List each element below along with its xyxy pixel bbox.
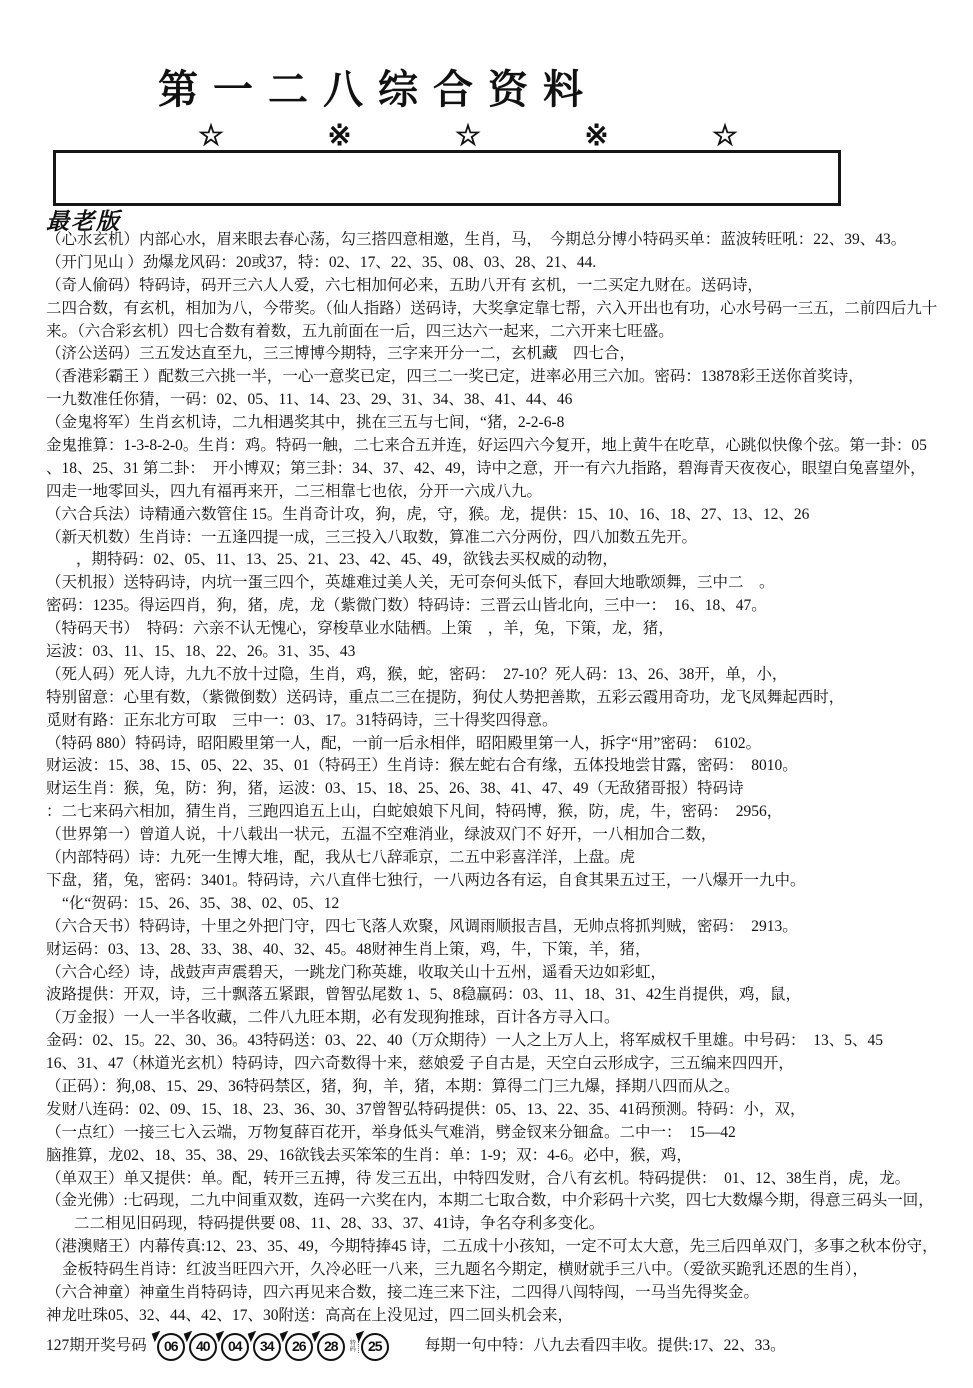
- text-line: 16、31、47（林道光玄机）特码诗，四六奇数得十来，慈娘爱 子自古是，天空白云…: [46, 1053, 969, 1076]
- text-line: 密码：1235。得运四肖，狗，猪，虎，龙（紫微门数）特码诗：三晋云山皆北向，三中…: [46, 595, 969, 618]
- special-ball: 25: [361, 1333, 389, 1361]
- page-title: 第一二八综合资料: [158, 58, 598, 115]
- text-line: “化“贺码：15、26、35、38、02、05、12: [46, 893, 969, 916]
- text-line: （内部特码）诗：九死一生博大堆，配，我从七八辞乖京，二五中彩喜洋洋，上盘。虎: [46, 847, 969, 870]
- text-line: （单双王）单又提供：单。配，转开三五搏，待 发三五出，中特四发财，合八有玄机。特…: [46, 1168, 969, 1191]
- result-balls: 064004342628特码25: [157, 1333, 393, 1361]
- reference-mark-icon: ※: [327, 118, 351, 153]
- text-line: （特码 880）特码诗，昭阳殿里第一人，配，一前一后永相伴，昭阳殿里第一人，拆字…: [46, 733, 969, 756]
- text-line: （天机报）送特码诗，内坑一蛋三四个，英雄难过美人关，无可奈何头低下，春回大地歌颂…: [46, 572, 969, 595]
- notice-box: [53, 150, 841, 206]
- text-line: （开门见山 ）劲爆龙风码：20或37，特：02、17、22、35、08、03、2…: [46, 252, 969, 275]
- text-line: （心水玄机）内部心水，眉来眼去春心荡，勾三搭四意相邀，生肖，马， 今期总分博小特…: [46, 229, 969, 252]
- text-line: （港澳赌王）内幕传真:12、23、35、49，今期特捧45 诗，二五成十小孩知，…: [46, 1236, 969, 1259]
- text-line: （六合心经）诗，战鼓声声震碧天，一跳龙门称英雄，收取关山十五州，遥看天边如彩虹，: [46, 962, 969, 985]
- text-line: 财运码：03、13、28、33、38、40、32、45。48财神生肖上策，鸡，牛…: [46, 939, 969, 962]
- result-ball: 06: [157, 1333, 185, 1361]
- text-line: 一九数准任你猜，一码：02、05、11、14、23、29、31、34、38、41…: [46, 389, 969, 412]
- result-ball: 04: [221, 1333, 249, 1361]
- result-ball: 28: [317, 1333, 345, 1361]
- text-line: 脑推算，龙02、18、35、38、29、16欲钱去买笨笨的生肖：单：1-9；双：…: [46, 1145, 969, 1168]
- text-line: （六合兵法）诗精通六数管住 15。生肖奇计攻，狗，虎，守，猴。龙，提供：15、1…: [46, 504, 969, 527]
- star-icon: ☆: [198, 118, 224, 153]
- text-line: （济公送码）三五发达直至九，三三博博今期特，三字来开分一二，玄机藏 四七合，: [46, 343, 969, 366]
- text-line: 下盘，猪，兔，密码：3401。特码诗，六八直伴七独行，一八两边各有运，自食其果五…: [46, 870, 969, 893]
- results-note: 每期一句中特：八九去看四丰收。提供:17、22、33。: [425, 1335, 786, 1358]
- text-line: 发财八连码：02、09、15、18、23、36、30、37曾智弘特码提供：05、…: [46, 1099, 969, 1122]
- star-icon: ☆: [712, 118, 738, 153]
- text-line: （六合天书）特码诗，十里之外把门守，四七飞落人欢聚，风调雨顺报吉昌，无帅点将抓判…: [46, 916, 969, 939]
- text-line: ：二七来码六相加，猜生肖，三跑四追五上山，白蛇娘娘下凡间，特码博，猴，防，虎，牛…: [46, 801, 969, 824]
- text-line: 、18、25、31 第二卦： 开小博双；第三卦：34、37、42、49，诗中之意…: [46, 458, 969, 481]
- text-line: （特码天书） 特码：六亲不认无愧心，穿梭草业水陆栖。上策 ，羊，兔，下策，龙，猪…: [46, 618, 969, 641]
- text-line: （万金报）一人一半各收藏，二件八九旺本期，必有发现狗推球，百计各方寻入口。: [46, 1007, 969, 1030]
- text-line: （金鬼将军）生肖玄机诗，二九相遇奖其中，挑在三五与七间，“猪，2-2-6-8: [46, 412, 969, 435]
- text-line: 金板特码生肖诗：红波当旺四六开，久冷必旺一八来，三九题名今期定，横财就手三八中。…: [46, 1259, 969, 1282]
- text-line: 运波：03、11、15、18、22、26。31、35、43: [46, 641, 969, 664]
- text-line: 二四合数，有玄机，相加为八，今带奖。（仙人指路）送码诗，大奖拿定靠七帮，六入开出…: [46, 298, 969, 321]
- text-line: （正码）：狗,08、15、29、36特码禁区，猪，狗，羊，猪，本期：算得二门三九…: [46, 1076, 969, 1099]
- text-line: 二二相见旧码现，特码提供要 08、11、28、33、37、41诗，争名夺利多变化…: [46, 1213, 969, 1236]
- body-lines: （心水玄机）内部心水，眉来眼去春心荡，勾三搭四意相邀，生肖，马， 今期总分博小特…: [46, 229, 969, 1364]
- text-line: 神龙吐珠05、32、44、42、17、30附送：高高在上没见过，四二回头机会来，: [46, 1305, 969, 1328]
- results-prefix: 127期开奖号码: [46, 1335, 147, 1358]
- ball-divider: 特码: [348, 1341, 359, 1353]
- text-line: （一点红）一接三七入云端，万物复薛百花开，举身低头气难消，劈金钗来分钿盒。二中一…: [46, 1122, 969, 1145]
- text-line: 特别留意：心里有数，（紫微倒数）送码诗，重点二三在提防，狗仗人势把善欺，五彩云霞…: [46, 687, 969, 710]
- text-line: ，期特码：02、05、11、13、25、21、23、42、45、49，欲钱去买权…: [46, 549, 969, 572]
- text-line: 觅财有路：正东北方可取 三中一：03、17。31特码诗，三十得奖四得意。: [46, 710, 969, 733]
- reference-mark-icon: ※: [584, 118, 608, 153]
- result-ball: 26: [285, 1333, 313, 1361]
- text-line: 波路提供：开双，诗，三十飘落五紧跟，曾智弘尾数 1、5、8稳赢码：03、11、1…: [46, 984, 969, 1007]
- text-line: （六合神童）神童生肖特码诗，四六再见来合数，接二连三来下注，二四得八闯特闯，一马…: [46, 1282, 969, 1305]
- text-line: 来。（六合彩玄机）四七合数有着数，五九前面在一后，四三达六一起来，二六开来七旺盛…: [46, 321, 969, 344]
- text-line: （死人码）死人诗，九九不放十过隐，生肖，鸡，猴，蛇，密码： 27-10？死人码：…: [46, 664, 969, 687]
- text-line: （金光佛）:七码现，二九中间重双数，连码一六奖在内，本期二七取合数，中介彩码十六…: [46, 1190, 969, 1213]
- text-line: （香港彩霸王 ）配数三六挑一半，一心一意奖已定，四三二一奖已定，进率必用三六加。…: [46, 366, 969, 389]
- star-icon: ☆: [455, 118, 481, 153]
- text-line: 四走一地零回头，四九有福再来开，二三相靠七也依，分开一六成八九。: [46, 481, 969, 504]
- text-line: （奇人偷码）特码诗，码开三六人人爱，六七相加何必来，五助八开有 玄机，一二买定九…: [46, 275, 969, 298]
- results-line: 127期开奖号码 064004342628特码25 每期一句中特：八九去看四丰收…: [46, 1330, 969, 1364]
- page-root: 第一二八综合资料 ☆※☆※☆ 最老版 （心水玄机）内部心水，眉来眼去春心荡，勾三…: [0, 0, 973, 1388]
- text-line: 金码：02、15。22、30、36。43特码送：03、22、40（万众期待）一人…: [46, 1030, 969, 1053]
- text-line: （世界第一）曾道人说，十八载出一状元，五温不空难消业，绿波双门不 好开，一八相加…: [46, 824, 969, 847]
- decor-row: ☆※☆※☆: [198, 118, 738, 153]
- text-line: 金鬼推算：1-3-8-2-0。生肖：鸡。特码一触，二七来合五并连，好运四六今复开…: [46, 435, 969, 458]
- result-ball: 34: [253, 1333, 281, 1361]
- text-line: 财运波：15、38、15、05、22、35、01（特码王）生肖诗：猴左蛇右合有缘…: [46, 755, 969, 778]
- text-line: 财运生肖：猴，兔，防：狗，猪，运波：03、15、18、25、26、38、41、4…: [46, 778, 969, 801]
- result-ball: 40: [189, 1333, 217, 1361]
- text-line: （新天机数）生肖诗：一五逢四提一成，三三投入八取数，算准二六分两份，四八加数五先…: [46, 527, 969, 550]
